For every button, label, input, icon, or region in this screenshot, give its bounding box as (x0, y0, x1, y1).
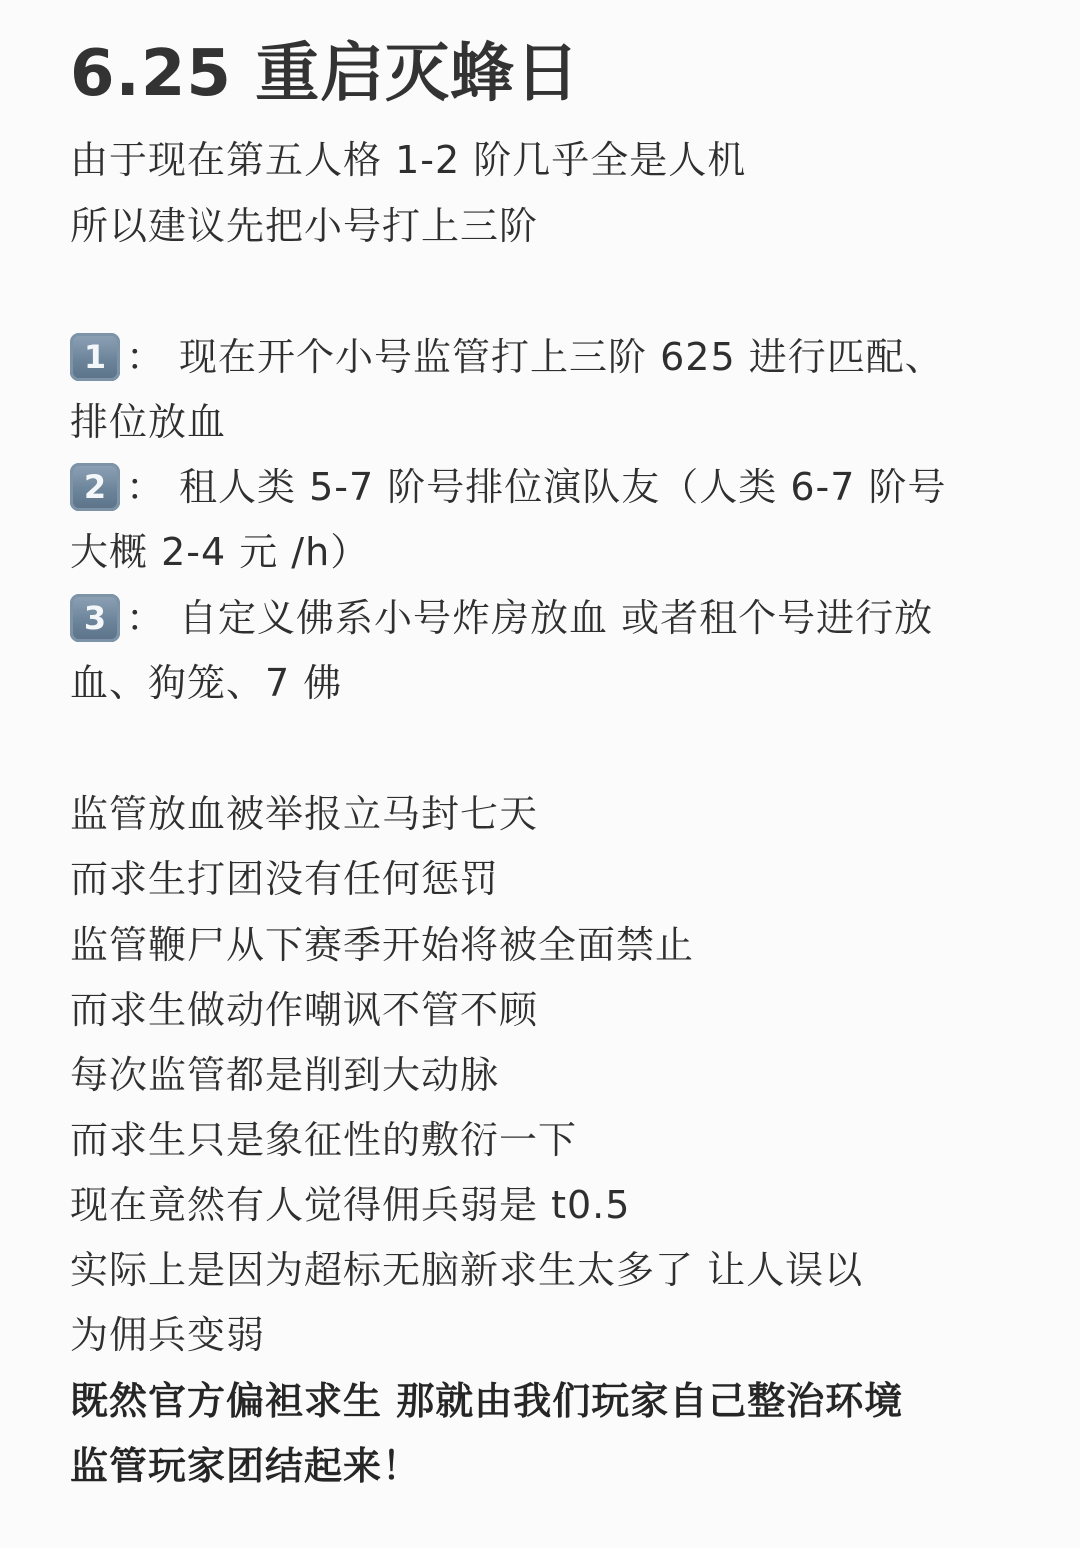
keycap-1-icon: 1 (70, 333, 120, 381)
body-line: 而求生做动作嘲讽不管不顾 (70, 985, 538, 1035)
step-text: 租人类 5-7 阶号排位演队友（人类 6-7 阶号 (179, 465, 946, 509)
body-line: 现在竟然有人觉得佣兵弱是 t0.5 (70, 1180, 630, 1230)
step-separator: ： (126, 335, 165, 379)
step-text: 现在开个小号监管打上三阶 625 进行匹配、 (179, 335, 944, 379)
step-2: 2：租人类 5-7 阶号排位演队友（人类 6-7 阶号 (70, 462, 946, 512)
step-separator: ： (126, 596, 165, 640)
step-2-continued: 大概 2-4 元 /h） (70, 527, 369, 577)
body-line: 每次监管都是削到大动脉 (70, 1050, 499, 1100)
body-line: 实际上是因为超标无脑新求生太多了 让人误以 (70, 1245, 863, 1295)
body-line: 监管放血被举报立马封七天 (70, 789, 538, 839)
body-line: 监管鞭尸从下赛季开始将被全面禁止 (70, 920, 694, 970)
step-3-continued: 血、狗笼、7 佛 (70, 658, 342, 708)
intro-line: 由于现在第五人格 1-2 阶几乎全是人机 (70, 135, 746, 185)
closing-line: 监管玩家团结起来！ (70, 1441, 421, 1491)
body-line: 为佣兵变弱 (70, 1310, 265, 1360)
keycap-3-icon: 3 (70, 594, 120, 642)
body-line: 而求生只是象征性的敷衍一下 (70, 1115, 577, 1165)
step-1-continued: 排位放血 (70, 397, 226, 447)
body-line: 而求生打团没有任何惩罚 (70, 854, 499, 904)
keycap-2-icon: 2 (70, 463, 120, 511)
step-text: 自定义佛系小号炸房放血 或者租个号进行放 (179, 596, 933, 640)
step-separator: ： (126, 465, 165, 509)
step-3: 3：自定义佛系小号炸房放血 或者租个号进行放 (70, 593, 933, 643)
step-1: 1：现在开个小号监管打上三阶 625 进行匹配、 (70, 332, 944, 382)
closing-line: 既然官方偏袒求生 那就由我们玩家自己整治环境 (70, 1376, 903, 1426)
intro-line: 所以建议先把小号打上三阶 (70, 201, 538, 251)
page-title: 6.25 重启灭蜂日 (70, 36, 580, 112)
